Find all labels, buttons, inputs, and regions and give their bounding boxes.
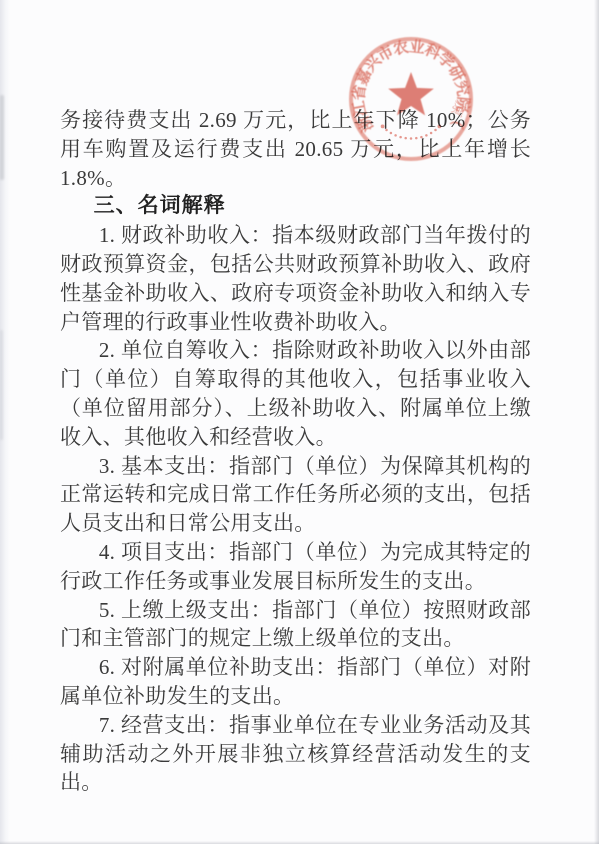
definition-paragraph-2: 2. 单位自筹收入：指除财政补助收入以外由部门（单位）自筹取得的其他收入，包括事… — [60, 336, 531, 451]
scanned-document-page: 务接待费支出 2.69 万元，比上年下降 10%；公务用车购置及运行费支出 20… — [0, 0, 599, 844]
scan-smudge — [0, 330, 3, 440]
section-heading: 三、名词解释 — [60, 192, 531, 221]
document-body: 务接待费支出 2.69 万元，比上年下降 10%；公务用车购置及运行费支出 20… — [60, 106, 531, 797]
definition-paragraph-5: 5. 上缴上级支出：指部门（单位）按照财政部门和主管部门的规定上缴上级单位的支出… — [60, 596, 531, 654]
definition-paragraph-3: 3. 基本支出：指部门（单位）为保障其机构的正常运转和完成日常工作任务所必须的支… — [60, 452, 531, 538]
scan-edge-right — [594, 0, 599, 844]
definition-paragraph-6: 6. 对附属单位补助支出：指部门（单位）对附属单位补助发生的支出。 — [60, 653, 531, 711]
definition-paragraph-7: 7. 经营支出：指事业单位在专业业务活动及其辅助活动之外开展非独立核算经营活动发… — [60, 711, 531, 797]
definition-paragraph-4: 4. 项目支出：指部门（单位）为完成其特定的行政工作任务或事业发展目标所发生的支… — [60, 538, 531, 596]
scan-smudge — [0, 95, 4, 180]
definition-paragraph-1: 1. 财政补助收入：指本级财政部门当年拨付的财政预算资金，包括公共财政预算补助收… — [60, 221, 531, 336]
paragraph-continuation: 务接待费支出 2.69 万元，比上年下降 10%；公务用车购置及运行费支出 20… — [60, 106, 531, 192]
